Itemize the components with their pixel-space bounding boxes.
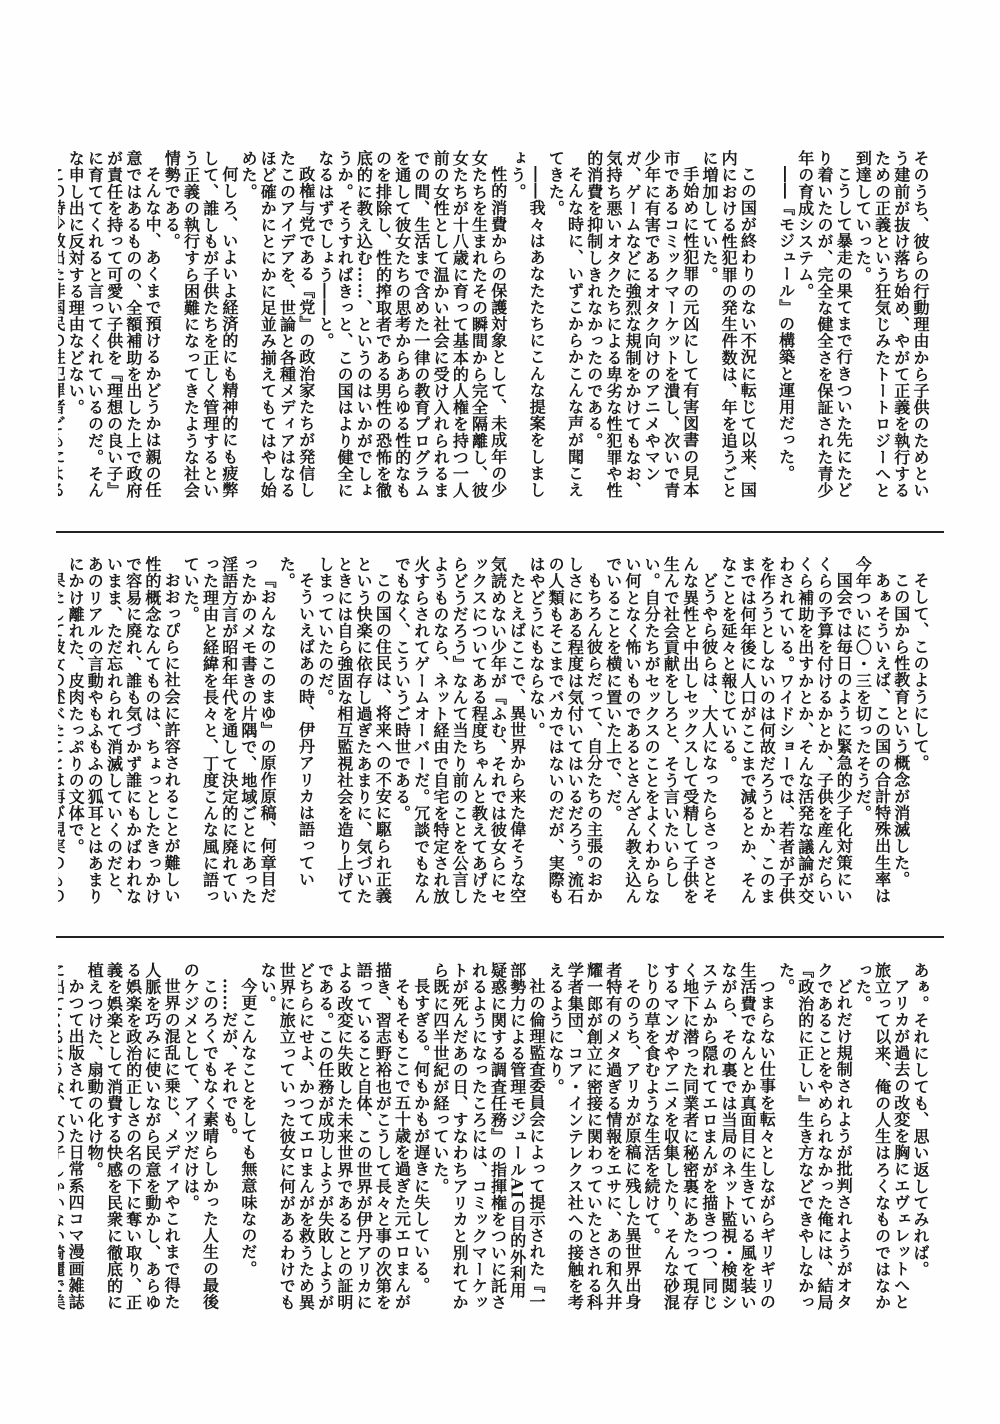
paragraph: 何しろ、いよいよ経済的にも精神的にも疲弊して、誰しもが子供たちを正しく管理すると… (162, 150, 239, 500)
paragraph: 長すぎる。何もかもが遅きに失している。 (412, 962, 431, 1312)
text-section-bottom: あぁ。それにしても、思い返してみれば。 アリカが過去の改変を胸にエヴェレットへと… (58, 962, 946, 1312)
vertical-text-column-block: そのうち、彼らの行動理由から子供のためという建前が抜け落ち始め、やがて正義を執行… (58, 150, 930, 500)
vertical-text-column-block: あぁ。それにしても、思い返してみれば。 アリカが過去の改変を胸にエヴェレットへと… (58, 962, 930, 1312)
text-section-middle: そして、このようにして。 この国から性教育という概念が消滅した。 あぁそういえば… (58, 556, 946, 906)
paragraph: ……だが、それでも。 (219, 962, 238, 1312)
paragraph: この国が終わりのない不況に転じて以来、国内における性犯罪の発生件数は、年を追うご… (700, 150, 758, 500)
paragraph: 性的消費からの保護対象として、未成年の少女たちを生まれたその瞬間から完全隔離し、… (316, 150, 508, 500)
vertical-text-column-block: そして、このようにして。 この国から性教育という概念が消滅した。 あぁそういえば… (58, 556, 930, 906)
paragraph: たとえばここで、異世界から来た偉そうな空気読めない少年が『ふむ、それでは彼女らに… (392, 556, 526, 906)
paragraph: 社の倫理監査委員会によって提示された『一部勢力による管理モジュールAIの目的外利… (431, 962, 546, 1312)
paragraph: そんな中、あくまで預けるかどうかは親の任意ではあるものの、全額補助を出した上で政… (66, 150, 162, 500)
paragraph: あぁそういえば、この国の合計特殊出生率は今年ついに〇・三を切ったそうだ。 (853, 556, 891, 906)
paragraph: 手始めに性犯罪の元凶にして有害図書の見本市であるコミックマーケットを潰し、次いで… (585, 150, 700, 500)
text-section-top: そのうち、彼らの行動理由から子供のためという建前が抜け落ち始め、やがて正義を執行… (58, 150, 946, 500)
paragraph: そのうち、彼らの行動理由から子供のためという建前が抜け落ち始め、やがて正義を執行… (853, 150, 930, 500)
section-divider (56, 936, 944, 938)
paragraph: アリカが過去の改変を胸にエヴェレットへと旅立って以来、俺の人生はろくなものではな… (853, 962, 911, 1312)
paragraph: そんな時に、いずこからかこんな声が聞こえてきた。 (546, 150, 584, 500)
paragraph: 『おんなのこのまゆ』の原作原稿、何章目だったかのメモ書きの片隅で、地域ごとにあっ… (181, 556, 277, 906)
paragraph: そういえばあの時、伊丹アリカは語っていた。 (277, 556, 315, 906)
paragraph: この時少数出た非国民の性犯罪者どもによる反対派意見は、他ならぬ民意により間もなく… (58, 150, 66, 500)
document-page: そのうち、彼らの行動理由から子供のためという建前が抜け落ち始め、やがて正義を執行… (0, 0, 1000, 1424)
paragraph: こうして暴走の果てまで行きついた先にたどり着いたのが、完全な健全さを保証された青… (796, 150, 854, 500)
paragraph: そもそもここで五十歳を過ぎた元エロまんが描き、習志野裕也がこうして長々と事の次第… (258, 962, 412, 1312)
paragraph: そのうち、アリカが原稿に残した異世界出身者特有のメタ過ぎる情報をエサに、あの和久… (546, 962, 642, 1312)
paragraph: この国から性教育という概念が消滅した。 (892, 556, 911, 906)
paragraph: ――『モジュール』の構築と運用だった。 (776, 150, 795, 500)
paragraph: あぁ。それにしても、思い返してみれば。 (911, 962, 930, 1312)
paragraph: どうやら彼らは、大人になったらさっさとそんな異性と中出しセックスして受精して子供… (604, 556, 719, 906)
paragraph: 果たして彼女の述べたことは再び現実のものとなった。 (58, 556, 66, 906)
paragraph: おおっぴらに社会に許容されることが難しい性的概念なんてものは、ちょっとしたきっか… (66, 556, 181, 906)
section-divider (56, 531, 944, 533)
paragraph: 政権与党である『党』の政治家たちが発信したこのアイデアを、世論と各種メディアはな… (239, 150, 316, 500)
paragraph: この国の住民は、将来への不安に駆られ正義という快楽に依存し過ぎたあまりに、気づい… (316, 556, 393, 906)
paragraph: ――我々はあなたたちにこんな提案をしましょう。 (508, 150, 546, 500)
paragraph: 国会では毎日のように緊急的少子化対策にいくらの予算を付けるかとか、子供を産んだら… (719, 556, 853, 906)
paragraph: どれだけ規制されようが批判されようがオタクであることをやめられなかった俺には、結… (776, 962, 853, 1312)
paragraph: このろくでもなく素晴らしかった人生の最後のケジメとして、アイツだけは。 (181, 962, 219, 1312)
paragraph: もちろん彼らだって、自分たちの主張のおかしさにある程度は気付いてはいるだろう。流… (527, 556, 604, 906)
paragraph: 世界の混乱に乗じ、メディアやこれまで得た人脈を巧みに使いながら民意を動かし、あら… (85, 962, 181, 1312)
paragraph: 今更こんなことをしても無意味なのだ。 (239, 962, 258, 1312)
paragraph: そして、このようにして。 (911, 556, 930, 906)
paragraph: かつて出版されていた日常系四コマ漫画雑誌に出てくるような、女の子しかいない綺麗で… (58, 962, 85, 1312)
paragraph: つまらない仕事を転々としながらギリギリの生活費でなんとか真面目に生きている風を装… (642, 962, 776, 1312)
